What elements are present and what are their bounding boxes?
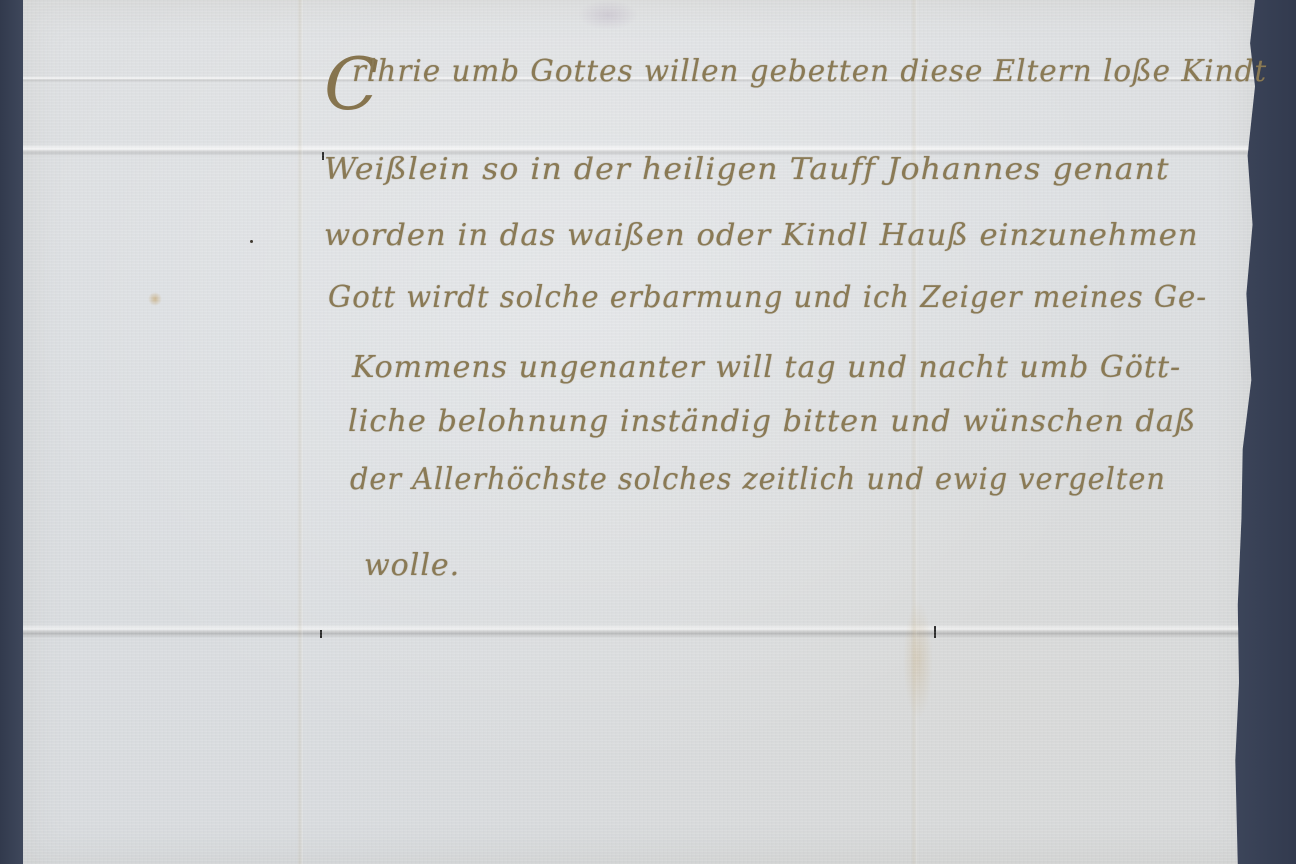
paper-speck	[250, 240, 253, 243]
fold-crease	[23, 624, 1255, 638]
text-line-3: worden in das waißen oder Kindl Hauß ein…	[324, 218, 1199, 253]
ink-stain	[578, 0, 638, 30]
document-scan: C rlhrie umb Gottes willen gebetten dies…	[0, 0, 1296, 864]
text-line-5: Kommens ungenanter will tag und nacht um…	[352, 350, 1181, 385]
pin-hole-mark	[934, 626, 936, 638]
fold-crease	[297, 0, 303, 864]
text-line-1: rlhrie umb Gottes willen gebetten diese …	[352, 54, 1267, 89]
text-line-2: Weißlein so in der heiligen Tauff Johann…	[324, 152, 1170, 187]
text-line-4: Gott wirdt solche erbarmung und ich Zeig…	[328, 280, 1207, 315]
text-line-8: wolle.	[364, 548, 460, 583]
text-line-7: der Allerhöchste solches zeitlich und ew…	[350, 462, 1166, 497]
ink-stain	[148, 292, 162, 306]
text-line-6: liche belohnung inständig bitten und wün…	[348, 404, 1196, 439]
pin-hole-mark	[320, 630, 322, 638]
scan-backing-left	[0, 0, 24, 864]
water-stain	[903, 600, 933, 720]
